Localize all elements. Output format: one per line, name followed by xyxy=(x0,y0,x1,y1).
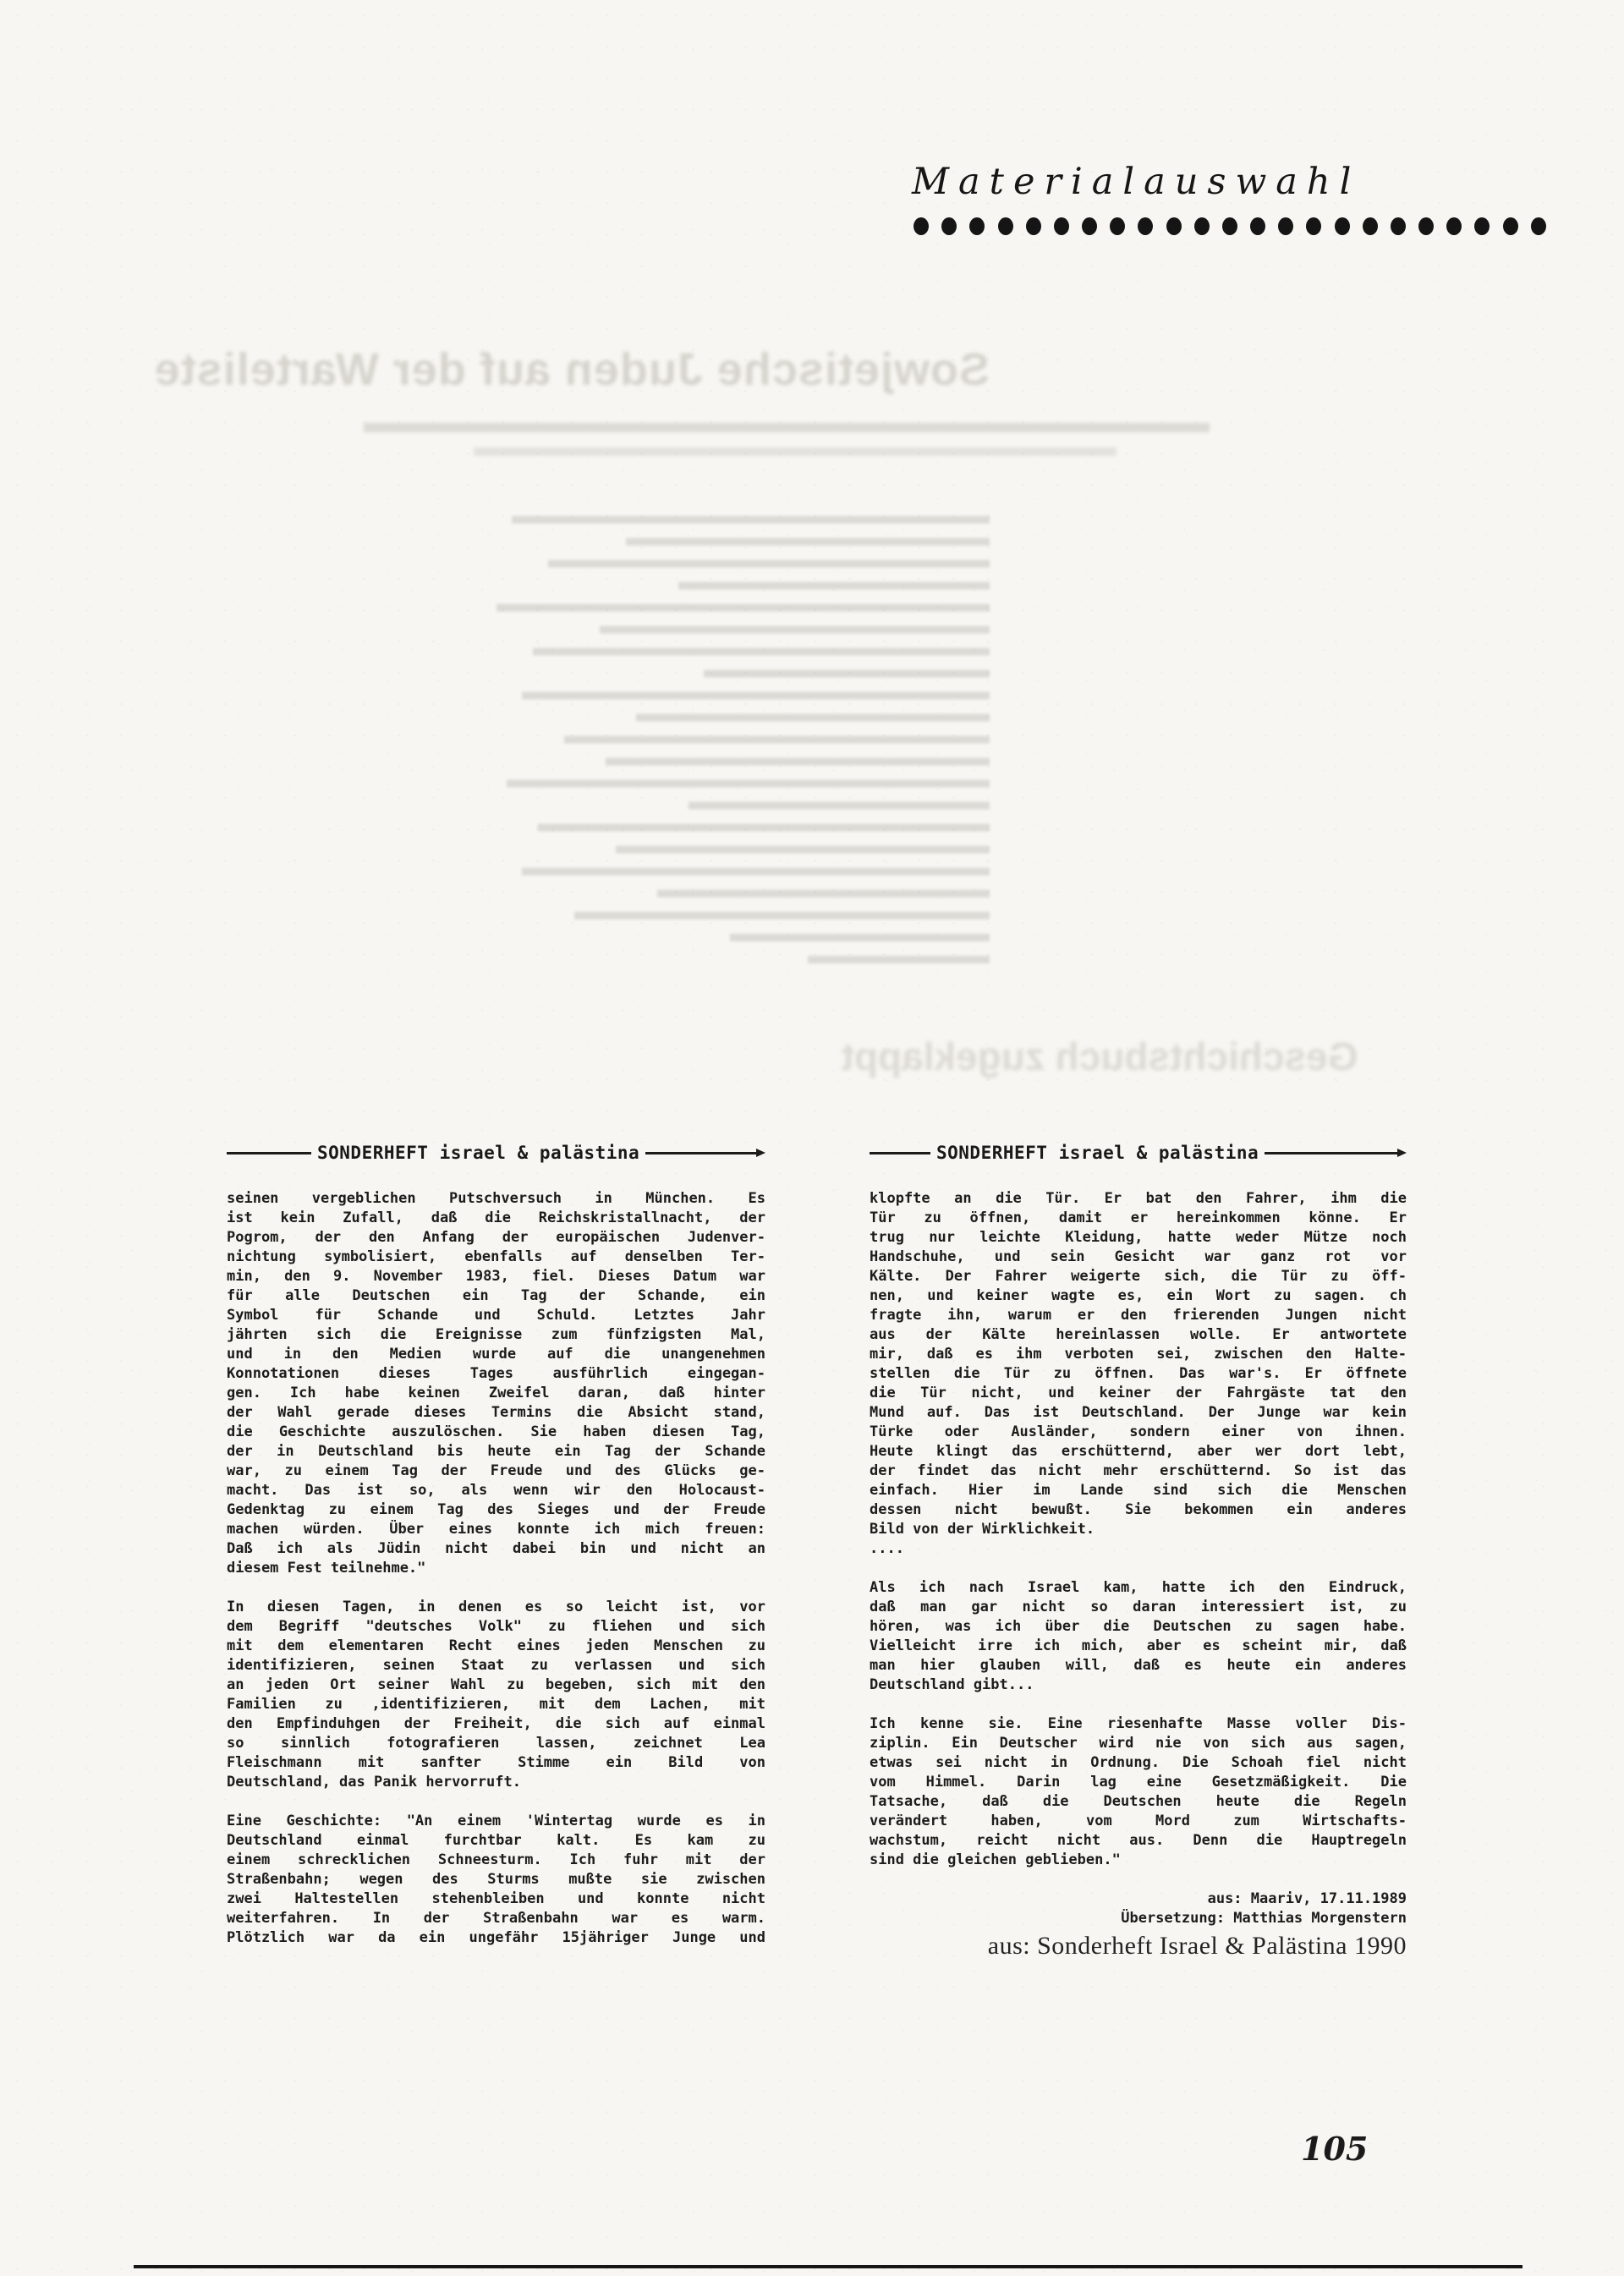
text-line: machen würden. Über eines konnte ich mic… xyxy=(227,1520,765,1539)
text-line: nen, und keiner wagte es, ein Wort zu sa… xyxy=(870,1286,1407,1306)
text-line: Als ich nach Israel kam, hatte ich den E… xyxy=(870,1578,1407,1598)
dot-icon xyxy=(1503,217,1518,235)
text-line: man hier glauben will, daß es heute ein … xyxy=(870,1656,1407,1675)
text-line: aus der Kälte hereinlassen wolle. Er ant… xyxy=(870,1325,1407,1345)
paragraph: Eine Geschichte: "An einem 'Wintertag wu… xyxy=(227,1812,765,1948)
dot-icon xyxy=(1082,217,1097,235)
text-line: Handschuhe, und sein Gesicht war ganz ro… xyxy=(870,1248,1407,1267)
text-line: war, zu einem Tag der Freude und des Glü… xyxy=(227,1462,765,1481)
dot-icon xyxy=(1418,217,1434,235)
text-line: In diesen Tagen, in denen es so leicht i… xyxy=(227,1598,765,1617)
dot-icon xyxy=(1446,217,1462,235)
text-line: fragte ihn, warum er den frierenden Jung… xyxy=(870,1306,1407,1325)
text-line: Straßenbahn; wegen des Sturms mußte sie … xyxy=(227,1870,765,1889)
dot-icon xyxy=(1278,217,1293,235)
bleedthrough-headline: Sowjetische Juden auf der Warteliste xyxy=(254,343,990,396)
text-line: macht. Das ist so, als wenn wir den Holo… xyxy=(227,1481,765,1500)
dot-icon xyxy=(941,217,957,235)
text-line: weiterfahren. In der Straßenbahn war es … xyxy=(227,1909,765,1928)
dot-icon xyxy=(1474,217,1490,235)
dot-icon xyxy=(1363,217,1378,235)
dot-icon xyxy=(1054,217,1069,235)
dot-icon xyxy=(1166,217,1182,235)
text-line: für alle Deutschen ein Tag der Schande, … xyxy=(227,1286,765,1306)
dot-icon xyxy=(1531,217,1546,235)
column-header: SONDERHEFT israel & palästina xyxy=(870,1142,1407,1164)
text-line: Plötzlich war da ein ungefähr 15jähriger… xyxy=(227,1928,765,1948)
text-line: die Tür nicht, und keiner der Fahrgäste … xyxy=(870,1384,1407,1403)
text-line: Mund auf. Das ist Deutschland. Der Junge… xyxy=(870,1403,1407,1423)
text-line: an jeden Ort seiner Wahl zu begeben, sic… xyxy=(227,1675,765,1695)
text-line: zwei Haltestellen stehenbleiben und konn… xyxy=(227,1889,765,1909)
text-line: .... xyxy=(870,1539,1407,1559)
right-column-text: klopfte an die Tür. Er bat den Fahrer, i… xyxy=(870,1189,1407,1928)
text-line: Gedenktag zu einem Tag des Sieges und de… xyxy=(227,1500,765,1520)
text-line: dessen nicht bewußt. Sie bekommen ein an… xyxy=(870,1500,1407,1520)
masthead-title: Materialauswahl xyxy=(912,161,1360,203)
text-line: Pogrom, der den Anfang der europäischen … xyxy=(227,1228,765,1248)
text-line: seinen vergeblichen Putschversuch in Mün… xyxy=(227,1189,765,1209)
source-attribution: aus: Sonderheft Israel & Palästina 1990 xyxy=(870,1932,1407,1961)
text-line: gen. Ich habe keinen Zweifel daran, daß … xyxy=(227,1384,765,1403)
dot-icon xyxy=(1110,217,1125,235)
page-number: 105 xyxy=(1301,2130,1368,2168)
bleedthrough-line xyxy=(616,846,990,853)
paragraph: Als ich nach Israel kam, hatte ich den E… xyxy=(870,1578,1407,1695)
header-rule-right xyxy=(1265,1152,1397,1154)
text-line: jährten sich die Ereignisse zum fünfzigs… xyxy=(227,1325,765,1345)
text-line: Tür zu öffnen, damit er hereinkommen kön… xyxy=(870,1209,1407,1228)
text-line: diesem Fest teilnehme." xyxy=(227,1559,765,1578)
text-line: stellen die Tür zu öffnen. Das war's. Er… xyxy=(870,1364,1407,1384)
column-header-label: SONDERHEFT israel & palästina xyxy=(317,1143,639,1163)
bleedthrough-line xyxy=(564,736,990,743)
bleedthrough-line xyxy=(730,934,990,941)
text-line: wachstum, reicht nicht aus. Denn die Hau… xyxy=(870,1831,1407,1851)
text-line: Tatsache, daß die Deutschen heute die Re… xyxy=(870,1792,1407,1812)
bleedthrough-line xyxy=(626,538,990,546)
text-line: einem schrecklichen Schneesturm. Ich fuh… xyxy=(227,1851,765,1870)
bleedthrough-line xyxy=(533,648,990,655)
text-line: Türke oder Ausländer, sondern einer von … xyxy=(870,1423,1407,1442)
header-rule-left xyxy=(870,1152,930,1154)
attribution-line: Übersetzung: Matthias Morgenstern xyxy=(870,1909,1407,1928)
text-line: mit dem elementaren Recht eines jeden Me… xyxy=(227,1637,765,1656)
bleedthrough-line xyxy=(689,802,990,809)
text-line: Konnotationen dieses Tages ausführlich e… xyxy=(227,1364,765,1384)
text-line: sind die gleichen geblieben." xyxy=(870,1851,1407,1870)
text-line: hören, was ich über die Deutschen zu sag… xyxy=(870,1617,1407,1637)
right-column: SONDERHEFT israel & palästina klopfte an… xyxy=(870,1142,1407,1928)
bleedthrough-line xyxy=(522,692,990,699)
bleedthrough-line xyxy=(574,912,990,919)
text-line: ist kein Zufall, daß die Reichskristalln… xyxy=(227,1209,765,1228)
bleedthrough-line xyxy=(636,714,990,721)
text-line: min, den 9. November 1983, fiel. Dieses … xyxy=(227,1267,765,1286)
masthead-dots-row xyxy=(913,217,1546,235)
text-line: Vielleicht irre ich mich, aber es schein… xyxy=(870,1637,1407,1656)
text-line: Deutschland gibt... xyxy=(870,1675,1407,1695)
text-line: etwas sei nicht in Ordnung. Die Schoah f… xyxy=(870,1753,1407,1773)
text-line: identifizieren, seinen Staat zu verlasse… xyxy=(227,1656,765,1675)
bleedthrough-line xyxy=(808,956,990,963)
text-line: Kälte. Der Fahrer weigerte sich, die Tür… xyxy=(870,1267,1407,1286)
text-line: die Geschichte auszulöschen. Sie haben d… xyxy=(227,1423,765,1442)
text-line: verändert haben, vom Mord zum Wirtschaft… xyxy=(870,1812,1407,1831)
text-line: dem Begriff "deutsches Volk" zu fliehen … xyxy=(227,1617,765,1637)
bleedthrough-line xyxy=(512,516,990,524)
text-line: Fleischmann mit sanfter Stimme ein Bild … xyxy=(227,1753,765,1773)
dot-icon xyxy=(1138,217,1153,235)
bleedthrough-line xyxy=(522,868,990,875)
dot-icon xyxy=(1026,217,1041,235)
dot-icon xyxy=(969,217,985,235)
text-line: Deutschland einmal furchtbar kalt. Es ka… xyxy=(227,1831,765,1851)
dot-icon xyxy=(1250,217,1265,235)
text-line: so sinnlich fotografieren lassen, zeichn… xyxy=(227,1734,765,1753)
bleedthrough-subtitle-bar xyxy=(364,423,1210,432)
dot-icon xyxy=(1391,217,1406,235)
attribution-line: aus: Maariv, 17.11.1989 xyxy=(870,1889,1407,1909)
text-line: den Empfinduhgen der Freiheit, die sich … xyxy=(227,1714,765,1734)
text-line: Heute klingt das erschütternd, aber wer … xyxy=(870,1442,1407,1462)
text-line: Eine Geschichte: "An einem 'Wintertag wu… xyxy=(227,1812,765,1831)
bleedthrough-line xyxy=(600,626,990,633)
text-line: Deutschland, das Panik hervorruft. xyxy=(227,1773,765,1792)
bottom-rule xyxy=(134,2265,1522,2268)
dot-icon xyxy=(1335,217,1350,235)
bleedthrough-line xyxy=(548,560,990,568)
dot-icon xyxy=(913,217,929,235)
bleedthrough-line xyxy=(507,780,990,787)
header-arrow-icon xyxy=(756,1149,765,1157)
left-column: SONDERHEFT israel & palästina seinen ver… xyxy=(227,1142,765,1967)
dot-icon xyxy=(1194,217,1210,235)
bleedthrough-subtitle-bar xyxy=(474,447,1116,456)
header-arrow-icon xyxy=(1397,1149,1407,1157)
text-line: nichtung symbolisiert, ebenfalls auf den… xyxy=(227,1248,765,1267)
bleedthrough-subheadline: Geschichtsbuch zugeklappt xyxy=(761,1034,1438,1079)
dot-icon xyxy=(1222,217,1237,235)
paragraph: klopfte an die Tür. Er bat den Fahrer, i… xyxy=(870,1189,1407,1559)
column-header: SONDERHEFT israel & palästina xyxy=(227,1142,765,1164)
bleedthrough-line xyxy=(538,824,990,831)
text-line: daß man gar nicht so daran interessiert … xyxy=(870,1598,1407,1617)
text-line: Ich kenne sie. Eine riesenhafte Masse vo… xyxy=(870,1714,1407,1734)
text-line: und in den Medien wurde auf die unangene… xyxy=(227,1345,765,1364)
header-rule-right xyxy=(645,1152,756,1154)
header-rule-left xyxy=(227,1152,311,1154)
left-column-text: seinen vergeblichen Putschversuch in Mün… xyxy=(227,1189,765,1948)
bleedthrough-line xyxy=(497,604,990,612)
text-line: Familien zu ,identifizieren, mit dem Lac… xyxy=(227,1695,765,1714)
dot-icon xyxy=(998,217,1013,235)
paragraph: Ich kenne sie. Eine riesenhafte Masse vo… xyxy=(870,1714,1407,1870)
text-line: trug nur leichte Kleidung, hatte weder M… xyxy=(870,1228,1407,1248)
text-line: vom Himmel. Darin lag eine Gesetzmäßigke… xyxy=(870,1773,1407,1792)
text-line: Symbol für Schande und Schuld. Letztes J… xyxy=(227,1306,765,1325)
text-line: der findet das nicht mehr erschütternd. … xyxy=(870,1462,1407,1481)
bleedthrough-text-block xyxy=(470,516,990,978)
text-line: der Wahl gerade dieses Termins die Absic… xyxy=(227,1403,765,1423)
text-line: Daß ich als Jüdin nicht dabei bin und ni… xyxy=(227,1539,765,1559)
bleedthrough-line xyxy=(704,670,990,677)
text-line: der in Deutschland bis heute ein Tag der… xyxy=(227,1442,765,1462)
text-line: ziplin. Ein Deutscher wird nie von sich … xyxy=(870,1734,1407,1753)
text-line: einfach. Hier im Lande sind sich die Men… xyxy=(870,1481,1407,1500)
bleedthrough-line xyxy=(678,582,990,590)
column-header-label: SONDERHEFT israel & palästina xyxy=(936,1143,1259,1163)
paragraph: seinen vergeblichen Putschversuch in Mün… xyxy=(227,1189,765,1578)
bleedthrough-line xyxy=(657,890,990,897)
text-line: klopfte an die Tür. Er bat den Fahrer, i… xyxy=(870,1189,1407,1209)
text-line: mir, daß es ihm verboten sei, zwischen d… xyxy=(870,1345,1407,1364)
dot-icon xyxy=(1306,217,1321,235)
text-line: Bild von der Wirklichkeit. xyxy=(870,1520,1407,1539)
bleedthrough-line xyxy=(606,758,990,765)
paragraph: In diesen Tagen, in denen es so leicht i… xyxy=(227,1598,765,1792)
